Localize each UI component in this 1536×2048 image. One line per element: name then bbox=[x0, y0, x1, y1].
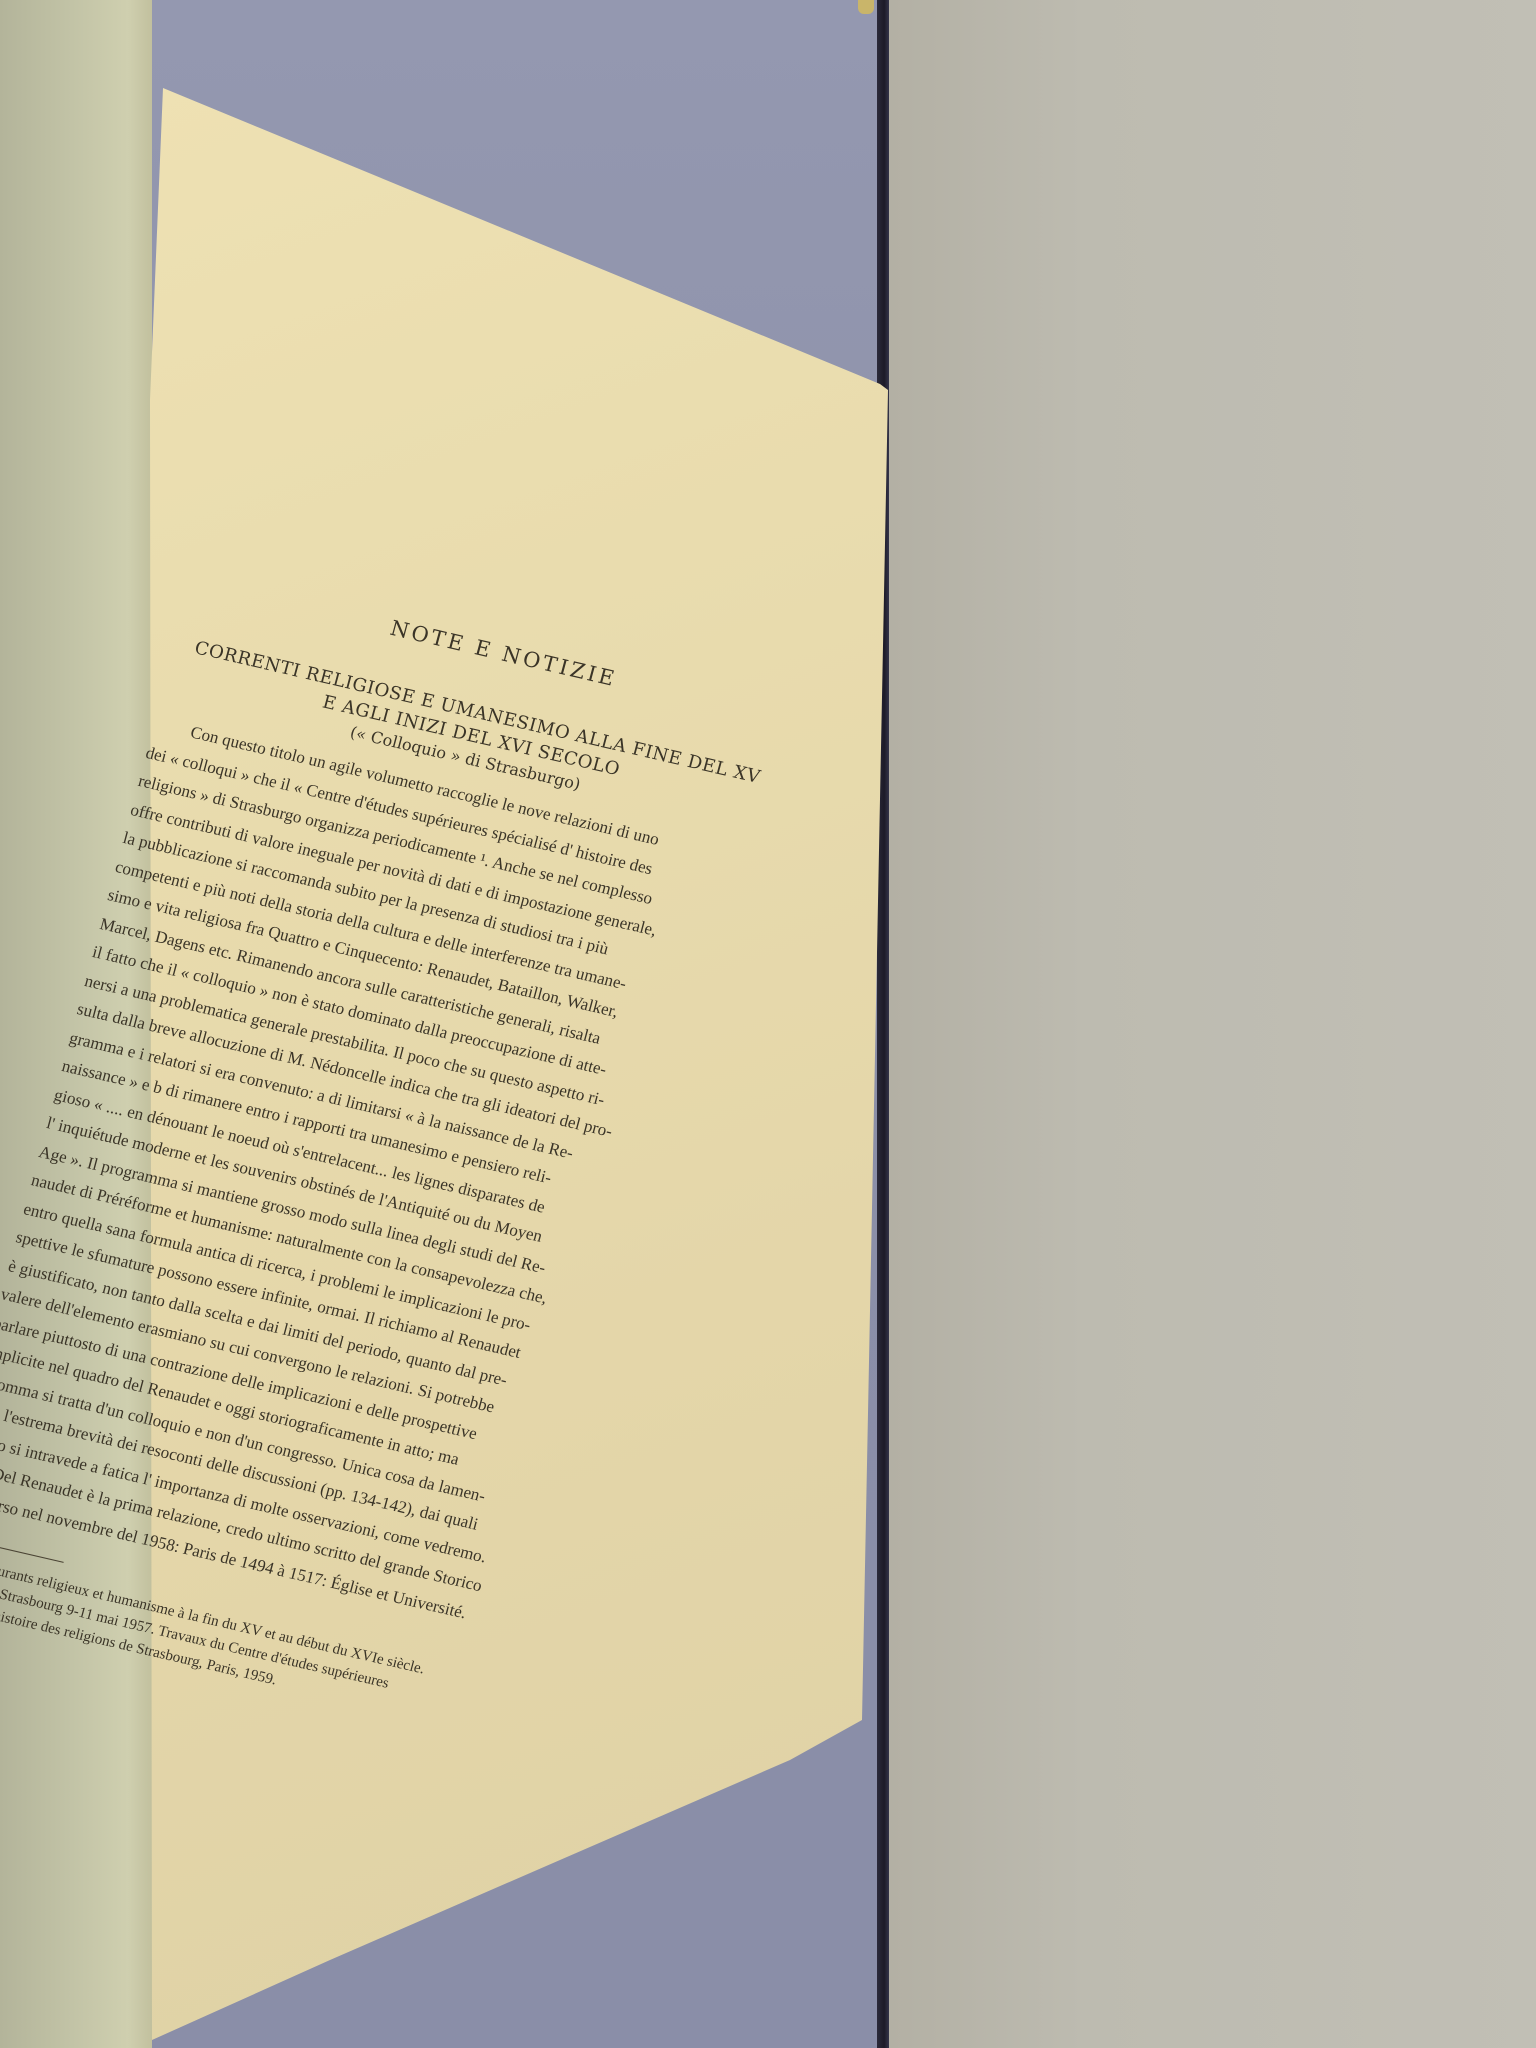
paper-scrap bbox=[858, 0, 874, 14]
book-edge bbox=[877, 0, 889, 2048]
footnote-divider bbox=[0, 1533, 64, 1563]
backdrop bbox=[889, 0, 1536, 2048]
photo-scene: NOTE E NOTIZIE CORRENTI RELIGIOSE E UMAN… bbox=[0, 0, 1536, 2048]
